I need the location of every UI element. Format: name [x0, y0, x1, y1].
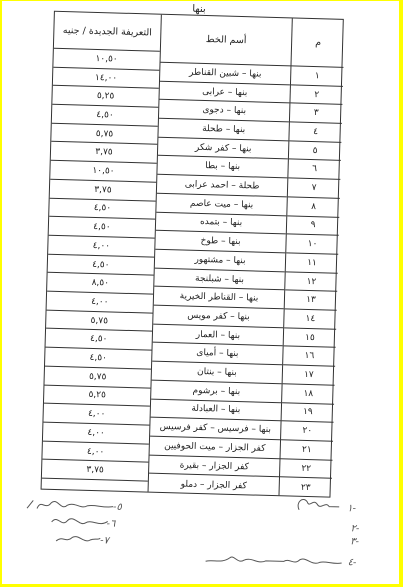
document-page: بنها التعريفة الجديدة / جنيه ١٠,٥٠١٤,٠٠٥…	[2, 1, 399, 584]
tariff-column: التعريفة الجديدة / جنيه ١٠,٥٠١٤,٠٠٥,٢٥٤,…	[42, 12, 162, 492]
row-number-cell: ١٨	[282, 384, 335, 404]
row-number-cell: ١٥	[284, 328, 337, 348]
row-number-cell: ٢١	[281, 440, 334, 460]
row-number-cell: ١٧	[283, 365, 336, 385]
tariff-cell: ٣,٧٥	[42, 460, 148, 482]
row-number-cell: ١٣	[285, 291, 338, 311]
row-number-cell: ١٠	[286, 235, 339, 255]
sig-index-4: -٤	[347, 557, 356, 568]
row-number-cell: ١	[291, 66, 344, 86]
row-number-cell: ٦	[288, 160, 341, 180]
line-name-cell: كفر الجزار – دملو	[149, 474, 279, 496]
row-number-cell: ٤	[289, 122, 342, 142]
row-number-cell: ٩	[287, 216, 340, 236]
row-number-cell: ١٢	[285, 272, 338, 292]
tariff-table: التعريفة الجديدة / جنيه ١٠,٥٠١٤,٠٠٥,٢٥٤,…	[41, 11, 344, 498]
signature-1	[293, 494, 344, 520]
tariff-header: التعريفة الجديدة / جنيه	[54, 12, 161, 52]
number-header: م	[291, 18, 344, 67]
row-number-cell: ٨	[287, 197, 340, 217]
row-number-cell: ٧	[288, 179, 341, 199]
row-number-cell: ٢	[290, 85, 343, 105]
row-number-cell: ٢٢	[280, 459, 333, 479]
sig-index-3: -٣	[350, 536, 359, 547]
row-number-cell: ٣	[290, 104, 343, 124]
row-number-cell: ١٤	[284, 309, 337, 329]
line-name-column: أسم الخط بنها – شبين القناطربنها – عرابى…	[149, 15, 293, 496]
scanned-sheet: بنها التعريفة الجديدة / جنيه ١٠,٥٠١٤,٠٠٥…	[2, 1, 399, 584]
row-number-cell: ١٦	[283, 347, 336, 367]
row-number-cell: ٥	[289, 141, 342, 161]
row-number-cell: ١١	[286, 253, 339, 273]
sig-index-2: -٢	[350, 523, 359, 534]
signature-4	[203, 549, 344, 577]
line-name-header: أسم الخط	[161, 15, 292, 67]
sig-index-1: -١	[347, 503, 356, 514]
row-number-cell: ١٩	[282, 403, 335, 423]
row-number-cell: ٢٠	[281, 422, 334, 442]
signature-7	[54, 529, 103, 552]
